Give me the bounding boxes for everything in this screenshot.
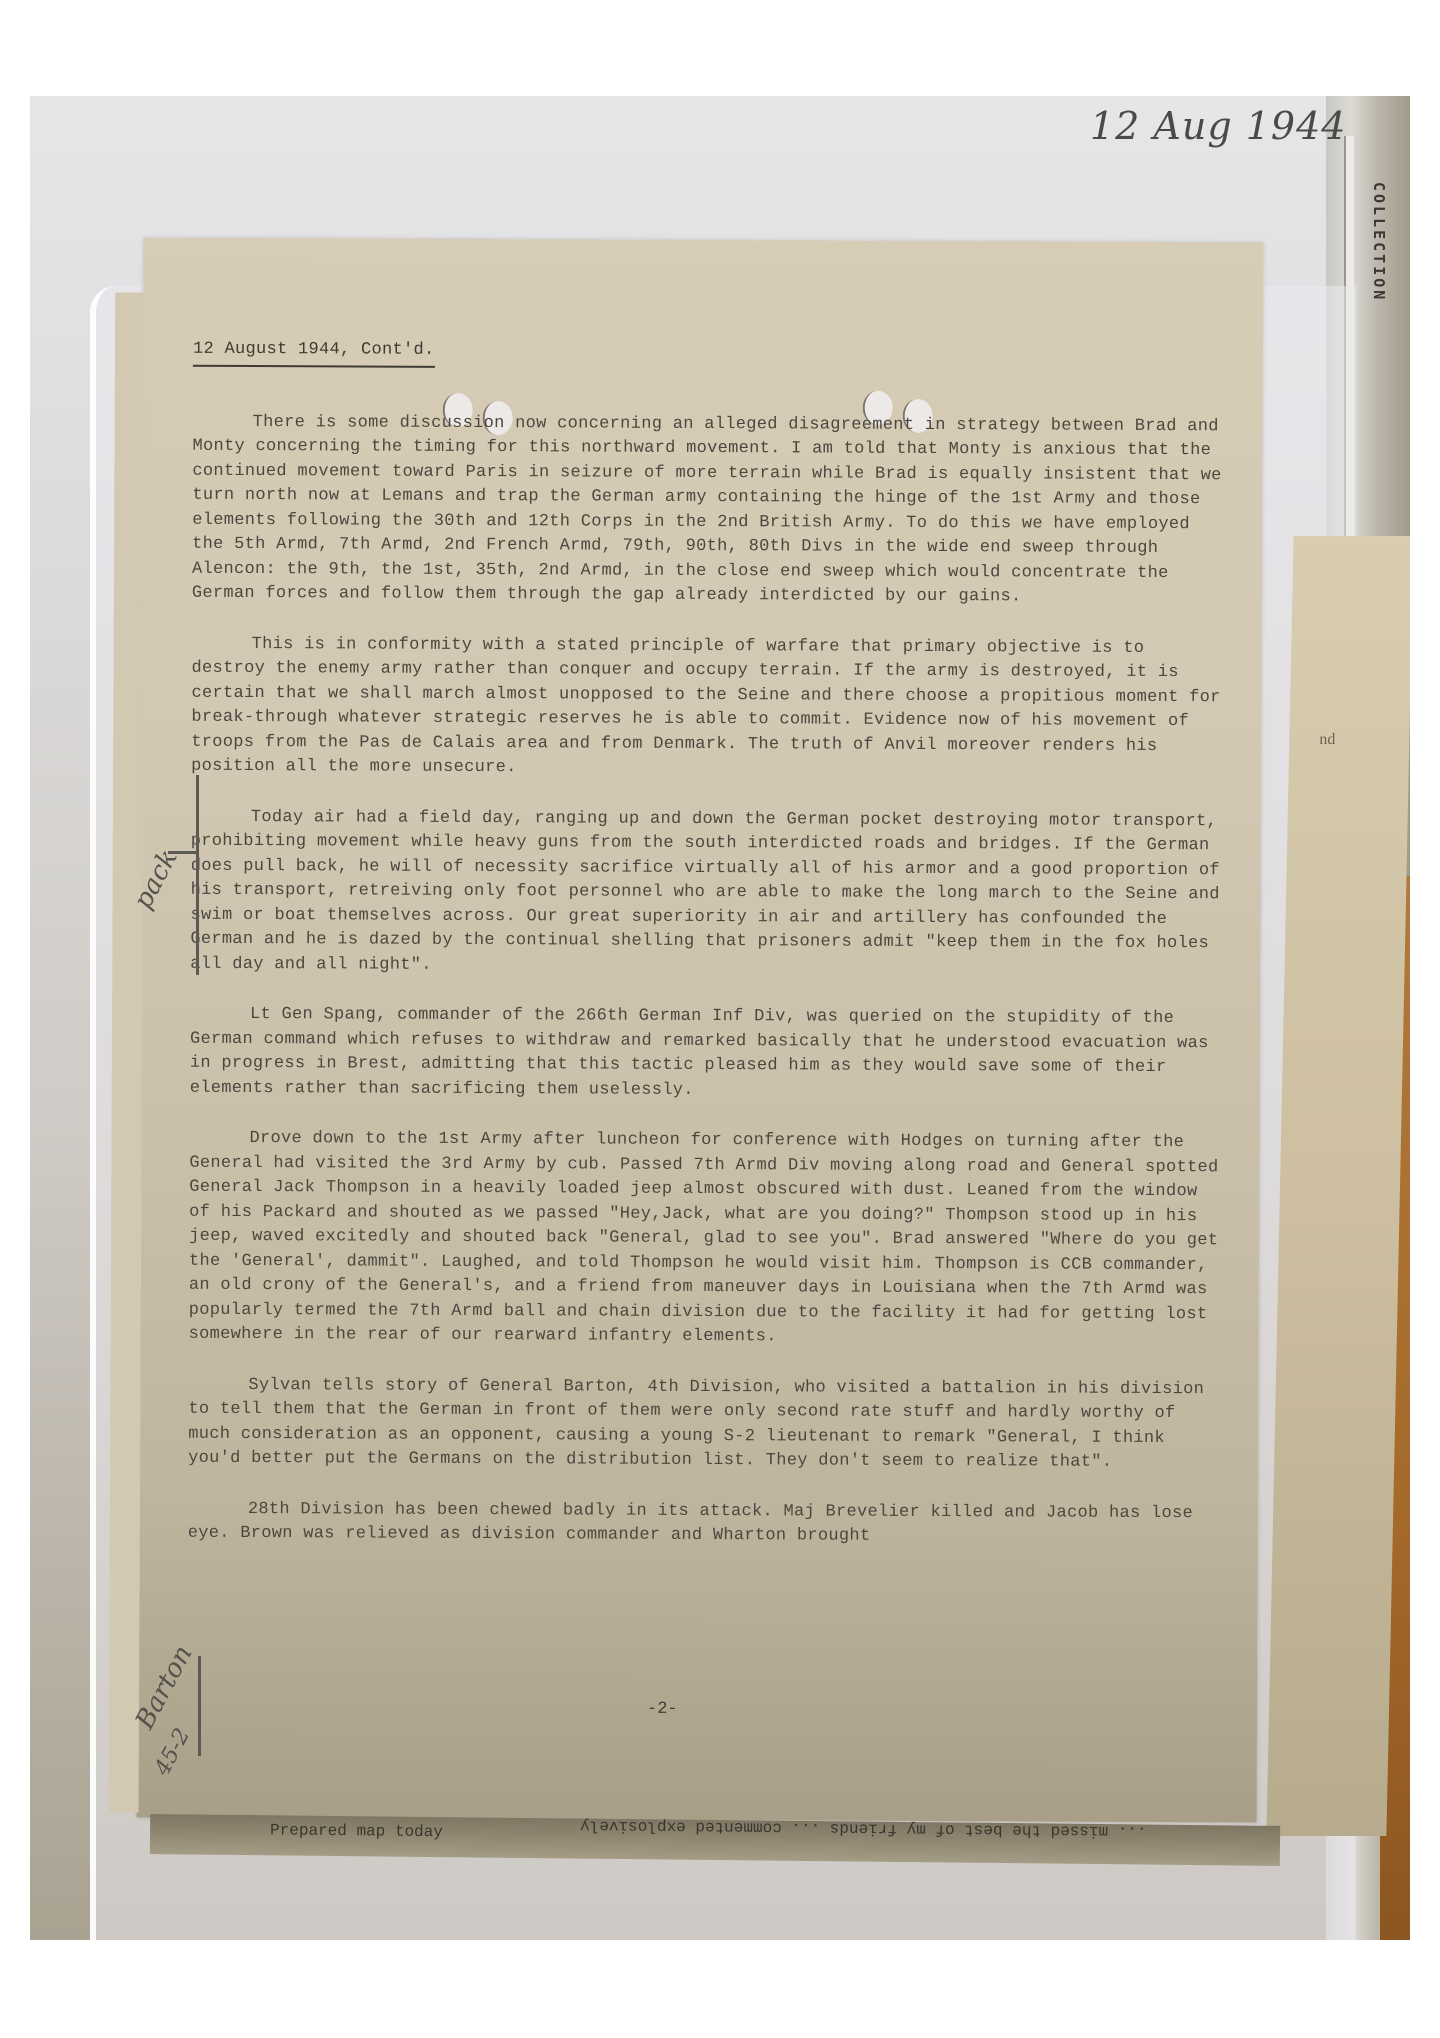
paragraph-principle: This is in conformity with a stated prin…	[191, 632, 1222, 783]
next-page-text: Prepared map today	[270, 1821, 443, 1841]
paragraph-spang: Lt Gen Spang, commander of the 266th Ger…	[190, 1003, 1220, 1105]
margin-bracket-line	[198, 1656, 201, 1756]
page-number: -2-	[647, 1700, 678, 1719]
paragraph-barton: Sylvan tells story of General Barton, 4t…	[188, 1373, 1218, 1475]
underlying-sheet-fragment: nd	[1319, 731, 1335, 749]
margin-bracket-line	[196, 775, 199, 975]
paragraph-thompson: Drove down to the 1st Army after luncheo…	[189, 1127, 1220, 1352]
paragraph-air: Today air had a field day, ranging up an…	[190, 805, 1221, 981]
page-left-edge	[109, 292, 146, 1812]
collection-label: COLLECTION	[1370, 182, 1388, 302]
paragraph-28th-division: 28th Division has been chewed badly in i…	[188, 1497, 1218, 1550]
document-heading: 12 August 1944, Cont'd.	[193, 338, 435, 368]
typed-page: 12 August 1944, Cont'd. There is some di…	[137, 238, 1264, 1823]
document-body: 12 August 1944, Cont'd. There is some di…	[188, 338, 1223, 1577]
handwritten-date: 12 Aug 1944	[1090, 104, 1346, 148]
paragraph-strategy: There is some discussion now concerning …	[192, 410, 1223, 610]
